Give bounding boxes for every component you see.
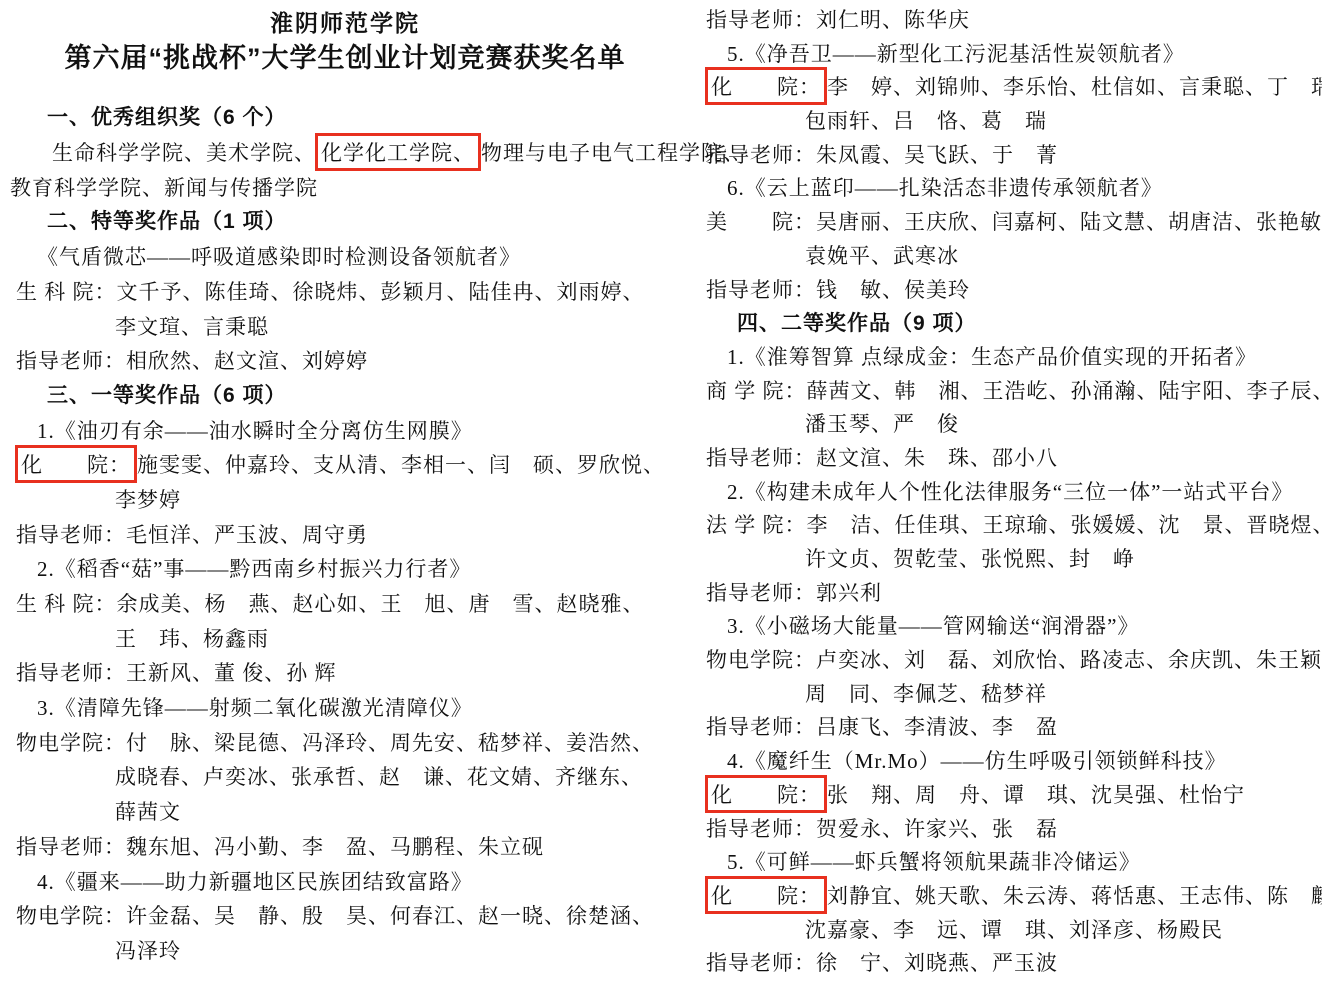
text-segment: 3.《小磁场大能量——管网输送“润滑器”》 xyxy=(727,614,1139,638)
entry-title: 2.《稻香“菇”事——黔西南乡村振兴力行者》 xyxy=(0,552,690,587)
text-segment: 施雯雯、仲嘉玲、支从清、李相一、闫 硕、罗欣悦、 xyxy=(137,453,665,477)
text-segment: 《气盾微芯——呼吸道感染即时检测设备领航者》 xyxy=(37,245,521,269)
text-segment: 指导老师：赵文渲、朱 珠、邵小八 xyxy=(706,446,1058,470)
members-line: 化 院：刘静宜、姚天歌、朱云涛、蒋恬惠、王志伟、陈 麟、 xyxy=(690,880,1322,914)
members-continuation: 成晓春、卢奕冰、张承哲、赵 谦、花文婧、齐继东、 xyxy=(0,760,690,795)
highlight-box: 化学化工学院、 xyxy=(315,133,481,171)
doc-title: 淮阴师范学院 xyxy=(0,0,690,41)
members-line: 指导老师：徐 宁、刘晓燕、严玉波 xyxy=(690,947,1322,981)
members-line: 指导老师：贺爱永、许家兴、张 磊 xyxy=(690,813,1322,847)
text-segment: 指导老师：王新风、董 俊、孙 辉 xyxy=(16,661,337,685)
doc-subtitle: 第六届“挑战杯”大学生创业计划竞赛获奖名单 xyxy=(0,41,690,76)
text-segment: 1.《油刃有余——油水瞬时全分离仿生网膜》 xyxy=(37,419,473,443)
members-continuation: 袁娩平、武寒冰 xyxy=(690,240,1322,274)
text-segment: 物电学院：许金磊、吴 静、殷 昊、何春江、赵一晓、徐楚涵、 xyxy=(16,904,654,928)
entry-title: 1.《淮筹智算 点绿成金：生态产品价值实现的开拓者》 xyxy=(690,341,1322,375)
highlight-box: 化 院： xyxy=(705,876,827,914)
members-continuation: 潘玉琴、严 俊 xyxy=(690,408,1322,442)
entry-title: 2.《构建未成年人个性化法律服务“三位一体”一站式平台》 xyxy=(690,476,1322,510)
members-continuation: 李梦婷 xyxy=(0,483,690,518)
members-continuation: 李文瑄、言秉聪 xyxy=(0,310,690,345)
section-heading: 三、一等奖作品（6 项） xyxy=(0,379,690,414)
text-segment: 生 科 院：余成美、杨 燕、赵心如、王 旭、唐 雪、赵晓雅、 xyxy=(16,592,645,616)
members-line: 美 院：吴唐丽、王庆欣、闫嘉柯、陆文慧、胡唐洁、张艳敏、 xyxy=(690,206,1322,240)
section-heading: 一、优秀组织奖（6 个） xyxy=(0,101,690,136)
text-segment: 4.《疆来——助力新疆地区民族团结致富路》 xyxy=(37,870,473,894)
entry-title: 3.《清障先锋——射频二氧化碳激光清障仪》 xyxy=(0,691,690,726)
text-segment: 指导老师：贺爱永、许家兴、张 磊 xyxy=(706,817,1058,841)
text-segment: 指导老师：徐 宁、刘晓燕、严玉波 xyxy=(706,951,1058,975)
text-segment: 5.《可鲜——虾兵蟹将领航果蔬非冷储运》 xyxy=(727,850,1141,874)
text-segment: 二、特等奖作品（1 项） xyxy=(47,210,287,233)
highlight-box: 化 院： xyxy=(15,445,137,483)
right-column: 指导老师：刘仁明、陈华庆5.《净吾卫——新型化工污泥基活性炭领航者》化 院：李 … xyxy=(690,4,1322,981)
text-segment: 指导老师：刘仁明、陈华庆 xyxy=(706,8,970,32)
members-line: 指导老师：毛恒洋、严玉波、周守勇 xyxy=(0,518,690,553)
members-continuation: 冯泽玲 xyxy=(0,934,690,969)
members-line: 化 院：张 翔、周 舟、谭 琪、沈昊强、杜怡宁 xyxy=(690,779,1322,813)
entry-title: 6.《云上蓝印——扎染活态非遗传承领航者》 xyxy=(690,172,1322,206)
entry-title: 4.《魔纤生（Mr.Mo）——仿生呼吸引领锁鲜科技》 xyxy=(690,745,1322,779)
text-segment: 潘玉琴、严 俊 xyxy=(805,412,959,436)
members-line: 指导老师：王新风、董 俊、孙 辉 xyxy=(0,656,690,691)
entry-title: 5.《净吾卫——新型化工污泥基活性炭领航者》 xyxy=(690,38,1322,72)
entry-title: 5.《可鲜——虾兵蟹将领航果蔬非冷储运》 xyxy=(690,846,1322,880)
members-line: 法 学 院：李 洁、任佳琪、王琼瑜、张媛媛、沈 景、晋晓煜、 xyxy=(690,509,1322,543)
text-segment: 王 玮、杨鑫雨 xyxy=(115,627,269,651)
text-segment: 刘静宜、姚天歌、朱云涛、蒋恬惠、王志伟、陈 麟、 xyxy=(827,884,1322,908)
text-segment: 三、一等奖作品（6 项） xyxy=(47,384,287,407)
text-segment: 李 婷、刘锦帅、李乐怡、杜信如、言秉聪、丁 瑞、 xyxy=(827,75,1322,99)
members-line: 指导老师：郭兴利 xyxy=(690,577,1322,611)
members-line: 化 院：李 婷、刘锦帅、李乐怡、杜信如、言秉聪、丁 瑞、 xyxy=(690,71,1322,105)
members-line: 生 科 院：文千予、陈佳琦、徐晓炜、彭颖月、陆佳冉、刘雨婷、 xyxy=(0,275,690,310)
text-segment: 教育科学学院、新闻与传播学院 xyxy=(10,176,318,200)
members-continuation: 薛茜文 xyxy=(0,795,690,830)
document-page: 淮阴师范学院 第六届“挑战杯”大学生创业计划竞赛获奖名单 一、优秀组织奖（6 个… xyxy=(0,0,1322,982)
members-continuation: 王 玮、杨鑫雨 xyxy=(0,622,690,657)
entry-title: 4.《疆来——助力新疆地区民族团结致富路》 xyxy=(0,865,690,900)
text-segment: 物电学院：卢奕冰、刘 磊、刘欣怡、路凌志、余庆凯、朱王颖、 xyxy=(706,648,1322,672)
text-segment: 1.《淮筹智算 点绿成金：生态产品价值实现的开拓者》 xyxy=(727,345,1257,369)
text-segment: 3.《清障先锋——射频二氧化碳激光清障仪》 xyxy=(37,696,473,720)
text-segment: 商 学 院：薛茜文、韩 湘、王浩屹、孙涌瀚、陆宇阳、李子辰、 xyxy=(706,379,1322,403)
text-segment: 6.《云上蓝印——扎染活态非遗传承领航者》 xyxy=(727,176,1163,200)
entry-title: 3.《小磁场大能量——管网输送“润滑器”》 xyxy=(690,610,1322,644)
text-segment: 周 同、李佩芝、嵇梦祥 xyxy=(805,682,1047,706)
members-line: 指导老师：刘仁明、陈华庆 xyxy=(690,4,1322,38)
text-segment: 冯泽玲 xyxy=(115,939,181,963)
members-line: 化 院：施雯雯、仲嘉玲、支从清、李相一、闫 硕、罗欣悦、 xyxy=(0,448,690,483)
text-segment: 指导老师：魏东旭、冯小勤、李 盈、马鹏程、朱立砚 xyxy=(16,835,544,859)
text-segment: 一、优秀组织奖（6 个） xyxy=(47,106,287,129)
highlight-box: 化 院： xyxy=(705,775,827,813)
text-segment: 物电学院：付 脉、梁昆德、冯泽玲、周先安、嵇梦祥、姜浩然、 xyxy=(16,731,654,755)
text-segment: 法 学 院：李 洁、任佳琪、王琼瑜、张媛媛、沈 景、晋晓煜、 xyxy=(706,513,1322,537)
section-heading: 四、二等奖作品（9 项） xyxy=(690,307,1322,341)
members-continuation: 周 同、李佩芝、嵇梦祥 xyxy=(690,678,1322,712)
text-segment: 美 院：吴唐丽、王庆欣、闫嘉柯、陆文慧、胡唐洁、张艳敏、 xyxy=(706,210,1322,234)
text-segment: 薛茜文 xyxy=(115,800,181,824)
text-segment: 指导老师：相欣然、赵文渲、刘婷婷 xyxy=(16,349,368,373)
text-segment: 沈嘉豪、李 远、谭 琪、刘泽彦、杨殿民 xyxy=(805,918,1223,942)
members-continuation: 许文贞、贺乾莹、张悦熙、封 峥 xyxy=(690,543,1322,577)
text-segment: 生命科学学院、美术学院、 xyxy=(52,141,316,165)
entry-title: 1.《油刃有余——油水瞬时全分离仿生网膜》 xyxy=(0,414,690,449)
members-line: 指导老师：相欣然、赵文渲、刘婷婷 xyxy=(0,344,690,379)
members-line: 指导老师：朱凤霞、吴飞跃、于 菁 xyxy=(690,139,1322,173)
members-line: 指导老师：赵文渲、朱 珠、邵小八 xyxy=(690,442,1322,476)
text-segment: 2.《稻香“菇”事——黔西南乡村振兴力行者》 xyxy=(37,557,471,581)
doc-line: 生命科学学院、美术学院、化学化工学院、物理与电子电气工程学院、 xyxy=(0,136,690,171)
members-line: 商 学 院：薛茜文、韩 湘、王浩屹、孙涌瀚、陆宇阳、李子辰、 xyxy=(690,375,1322,409)
members-line: 物电学院：许金磊、吴 静、殷 昊、何春江、赵一晓、徐楚涵、 xyxy=(0,899,690,934)
doc-line: 教育科学学院、新闻与传播学院 xyxy=(0,171,690,206)
members-continuation: 沈嘉豪、李 远、谭 琪、刘泽彦、杨殿民 xyxy=(690,914,1322,948)
members-line: 指导老师：吕康飞、李清波、李 盈 xyxy=(690,711,1322,745)
text-segment: 袁娩平、武寒冰 xyxy=(805,244,959,268)
text-segment: 4.《魔纤生（Mr.Mo）——仿生呼吸引领锁鲜科技》 xyxy=(727,749,1227,773)
members-line: 指导老师：魏东旭、冯小勤、李 盈、马鹏程、朱立砚 xyxy=(0,830,690,865)
text-segment: 张 翔、周 舟、谭 琪、沈昊强、杜怡宁 xyxy=(827,783,1245,807)
text-segment: 5.《净吾卫——新型化工污泥基活性炭领航者》 xyxy=(727,42,1185,66)
text-segment: 李梦婷 xyxy=(115,488,181,512)
text-segment: 指导老师：毛恒洋、严玉波、周守勇 xyxy=(16,523,368,547)
text-segment: 生 科 院：文千予、陈佳琦、徐晓炜、彭颖月、陆佳冉、刘雨婷、 xyxy=(16,280,645,304)
members-line: 生 科 院：余成美、杨 燕、赵心如、王 旭、唐 雪、赵晓雅、 xyxy=(0,587,690,622)
text-segment: 成晓春、卢奕冰、张承哲、赵 谦、花文婧、齐继东、 xyxy=(115,765,643,789)
left-column: 淮阴师范学院 第六届“挑战杯”大学生创业计划竞赛获奖名单 一、优秀组织奖（6 个… xyxy=(0,0,690,969)
highlight-box: 化 院： xyxy=(705,67,827,105)
section-heading: 二、特等奖作品（1 项） xyxy=(0,205,690,240)
text-segment: 四、二等奖作品（9 项） xyxy=(737,312,977,335)
text-segment: 指导老师：钱 敏、侯美玲 xyxy=(706,278,970,302)
members-line: 指导老师：钱 敏、侯美玲 xyxy=(690,274,1322,308)
entry-title: 《气盾微芯——呼吸道感染即时检测设备领航者》 xyxy=(0,240,690,275)
members-line: 物电学院：付 脉、梁昆德、冯泽玲、周先安、嵇梦祥、姜浩然、 xyxy=(0,726,690,761)
text-segment: 李文瑄、言秉聪 xyxy=(115,315,269,339)
text-segment: 2.《构建未成年人个性化法律服务“三位一体”一站式平台》 xyxy=(727,480,1293,504)
text-segment: 指导老师：吕康飞、李清波、李 盈 xyxy=(706,715,1058,739)
text-segment: 指导老师：郭兴利 xyxy=(706,581,882,605)
text-segment: 包雨轩、吕 恪、葛 瑞 xyxy=(805,109,1047,133)
text-segment: 指导老师：朱凤霞、吴飞跃、于 菁 xyxy=(706,143,1058,167)
text-segment: 许文贞、贺乾莹、张悦熙、封 峥 xyxy=(805,547,1135,571)
members-line: 物电学院：卢奕冰、刘 磊、刘欣怡、路凌志、余庆凯、朱王颖、 xyxy=(690,644,1322,678)
members-continuation: 包雨轩、吕 恪、葛 瑞 xyxy=(690,105,1322,139)
